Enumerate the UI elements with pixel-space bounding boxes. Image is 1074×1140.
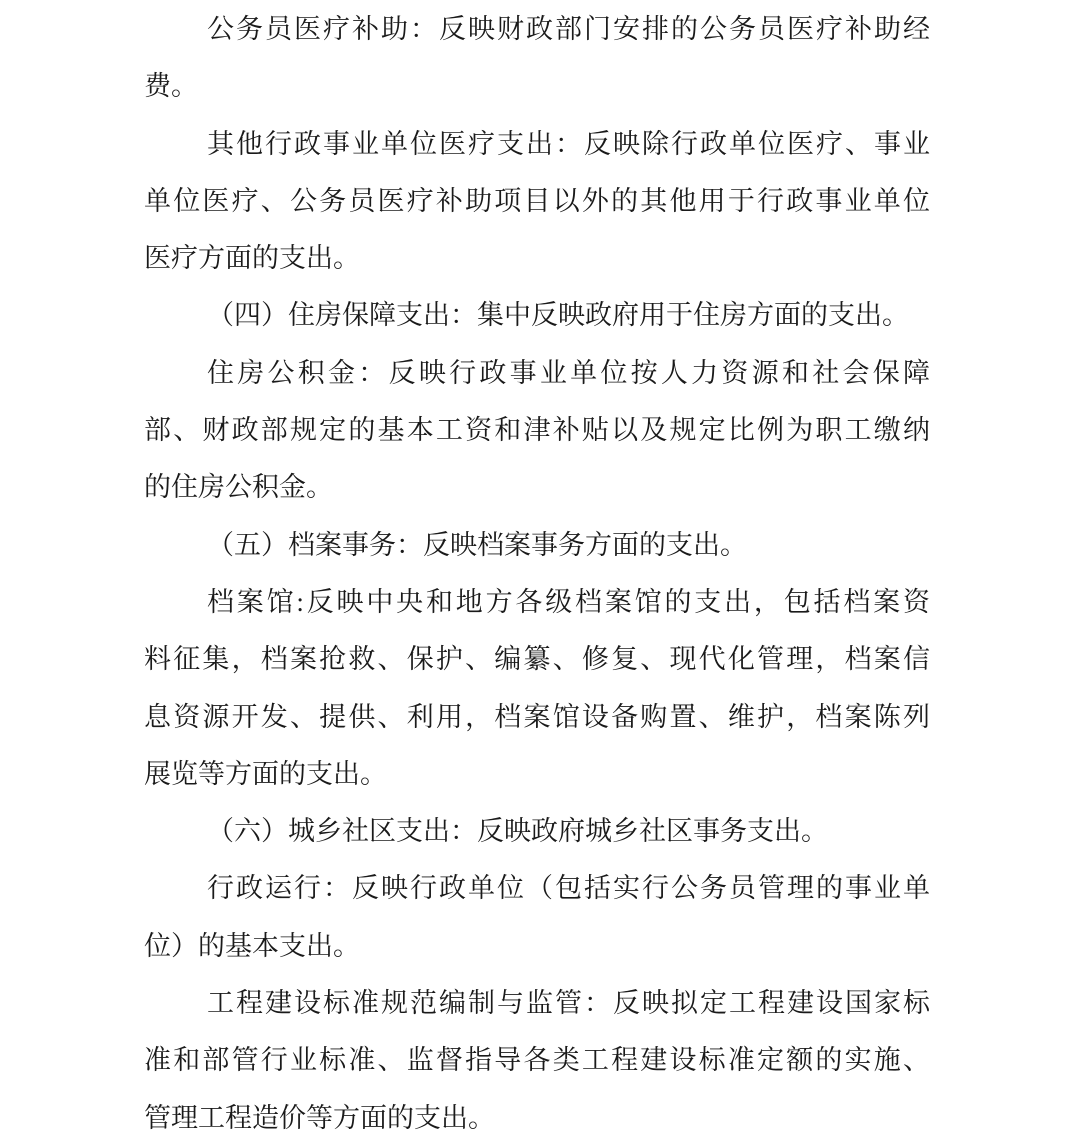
text-line: 行政运行：反映行政单位（包括实行公务员管理的事业单 <box>144 860 930 917</box>
document-page: 公务员医疗补助：反映财政部门安排的公务员医疗补助经 费。 其他行政事业单位医疗支… <box>0 0 1074 1140</box>
text-line: 部、财政部规定的基本工资和津补贴以及规定比例为职工缴纳 <box>144 402 930 459</box>
paragraph: 住房公积金：反映行政事业单位按人力资源和社会保障 部、财政部规定的基本工资和津补… <box>144 345 930 517</box>
text-line: （四）住房保障支出：集中反映政府用于住房方面的支出。 <box>144 287 930 344</box>
paragraph: （五）档案事务：反映档案事务方面的支出。 <box>144 517 930 574</box>
text-line: 息资源开发、提供、利用，档案馆设备购置、维护，档案陈列 <box>144 689 930 746</box>
paragraph: 其他行政事业单位医疗支出：反映除行政单位医疗、事业 单位医疗、公务员医疗补助项目… <box>144 116 930 288</box>
text-line: 档案馆:反映中央和地方各级档案馆的支出，包括档案资 <box>144 574 930 631</box>
paragraph: （四）住房保障支出：集中反映政府用于住房方面的支出。 <box>144 287 930 344</box>
text-line: 位）的基本支出。 <box>144 918 930 975</box>
text-line: 住房公积金：反映行政事业单位按人力资源和社会保障 <box>144 345 930 402</box>
text-line: 工程建设标准规范编制与监管：反映拟定工程建设国家标 <box>144 975 930 1032</box>
text-line: 管理工程造价等方面的支出。 <box>144 1090 930 1140</box>
paragraph: 档案馆:反映中央和地方各级档案馆的支出，包括档案资 料征集，档案抢救、保护、编纂… <box>144 574 930 803</box>
text-line: 的住房公积金。 <box>144 459 930 516</box>
text-line: 料征集，档案抢救、保护、编纂、修复、现代化管理，档案信 <box>144 631 930 688</box>
paragraph: 公务员医疗补助：反映财政部门安排的公务员医疗补助经 费。 <box>144 1 930 116</box>
text-line: （六）城乡社区支出：反映政府城乡社区事务支出。 <box>144 803 930 860</box>
text-line: 公务员医疗补助：反映财政部门安排的公务员医疗补助经 <box>144 1 930 58</box>
text-line: 费。 <box>144 58 930 115</box>
text-line: 医疗方面的支出。 <box>144 230 930 287</box>
text-line: 单位医疗、公务员医疗补助项目以外的其他用于行政事业单位 <box>144 173 930 230</box>
text-line: 其他行政事业单位医疗支出：反映除行政单位医疗、事业 <box>144 116 930 173</box>
paragraph: 行政运行：反映行政单位（包括实行公务员管理的事业单 位）的基本支出。 <box>144 860 930 975</box>
text-line: （五）档案事务：反映档案事务方面的支出。 <box>144 517 930 574</box>
text-line: 展览等方面的支出。 <box>144 746 930 803</box>
text-line: 准和部管行业标准、监督指导各类工程建设标准定额的实施、 <box>144 1032 930 1089</box>
paragraph: 工程建设标准规范编制与监管：反映拟定工程建设国家标 准和部管行业标准、监督指导各… <box>144 975 930 1140</box>
paragraph: （六）城乡社区支出：反映政府城乡社区事务支出。 <box>144 803 930 860</box>
